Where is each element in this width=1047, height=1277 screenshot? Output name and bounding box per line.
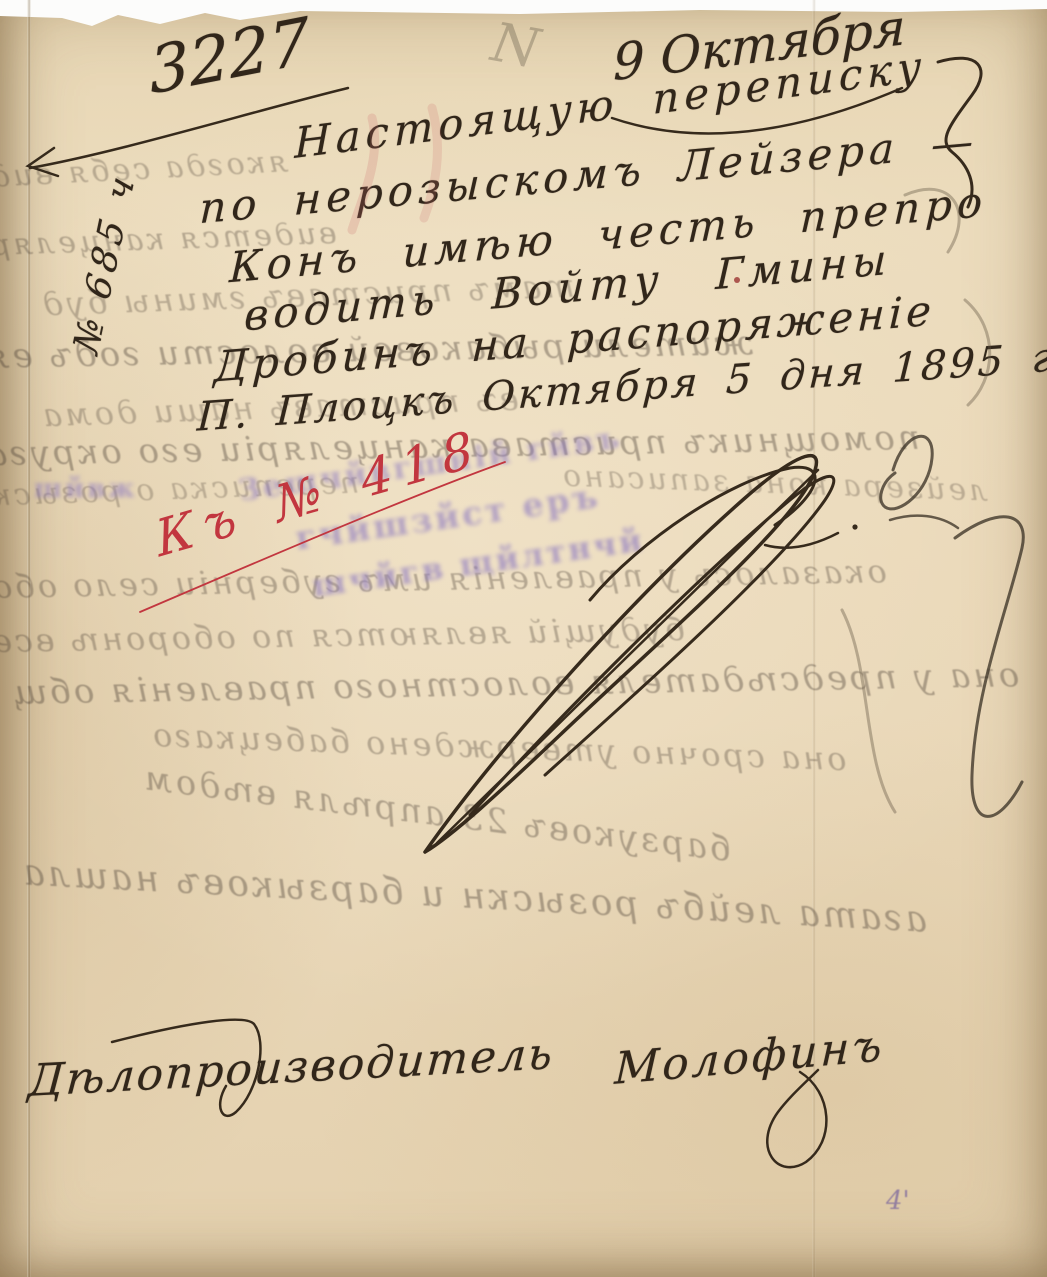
bleedthrough-line: барзуковъ 23 апрѣля вѣдом [140, 758, 734, 870]
margin-number-vertical: № 685 ч [66, 169, 144, 357]
stamp-smudge: шйвж [34, 474, 138, 504]
right-signature-link [890, 516, 958, 528]
bleedthrough-line: она у предсѣдателя волостного правленія … [10, 655, 1020, 713]
bleedthrough-line: она срочно утверждено бабецкаго [150, 716, 848, 778]
signature-tail [765, 533, 838, 548]
clerk-title: Дѣлопроизводитель [27, 1028, 555, 1106]
pencil-mark: N [487, 10, 544, 80]
manuscript-page: якогда себя вид видется канцеляр тамъ пр… [0, 0, 1047, 1277]
clerk-signature-loop [767, 1070, 826, 1167]
bleedthrough-line: агата лейбъ розыскн и барзыковъ нашла [20, 852, 929, 940]
signature-dot [852, 524, 857, 529]
clerk-signature: Молофинъ [612, 1020, 887, 1094]
pencil-loop [842, 610, 895, 812]
corner-mark: 4' [886, 1186, 910, 1216]
